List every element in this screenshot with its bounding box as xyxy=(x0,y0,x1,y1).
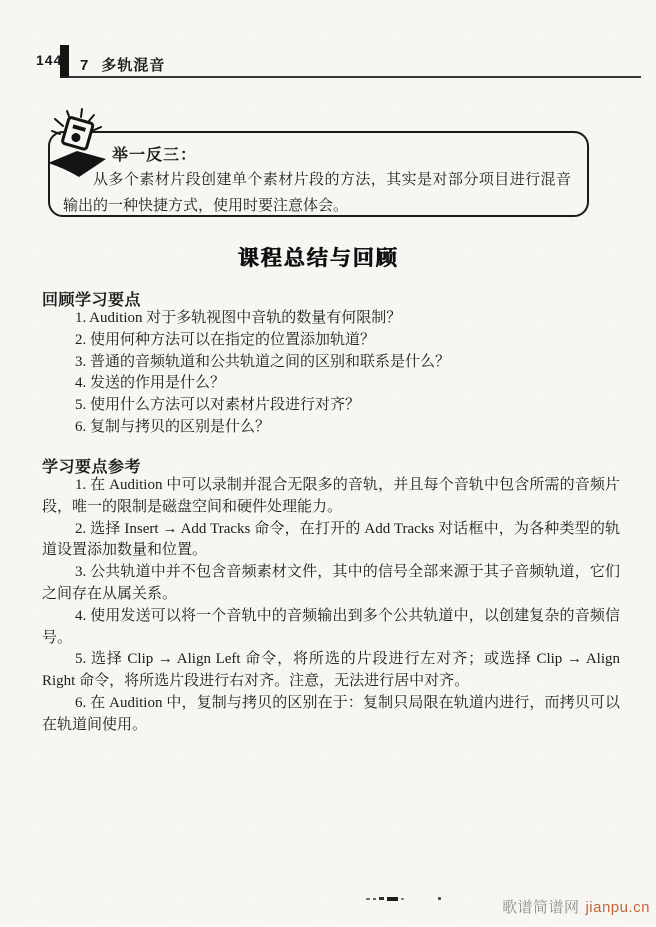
review-question: 2. 使用何种方法可以在指定的位置添加轨道？ xyxy=(75,330,620,352)
review-heading: 回顾学习要点 xyxy=(42,287,141,310)
answer-paragraph: 5. 选择 Clip → Align Left 命令，将所选的片段进行左对齐；或… xyxy=(42,649,620,693)
review-question: 1. Audition 对于多轨视图中音轨的数量有何限制？ xyxy=(75,308,620,330)
watermark-site-name: 歌谱简谱网 xyxy=(502,899,580,916)
review-question: 6. 复制与拷贝的区别是什么？ xyxy=(75,417,620,439)
page-number: 144 xyxy=(36,52,62,68)
answer-paragraph: 3. 公共轨道中并不包含音频素材文件，其中的信号全部来源于其子音频轨道，它们之间… xyxy=(42,562,620,606)
review-question-list: 1. Audition 对于多轨视图中音轨的数量有何限制？2. 使用何种方法可以… xyxy=(75,308,620,439)
watermark-site-url: jianpu.cn xyxy=(585,899,650,916)
chapter-header-bar xyxy=(60,45,69,78)
scan-artifact-dot xyxy=(438,897,441,900)
chapter-header: 7多轨混音 xyxy=(80,54,165,75)
answer-paragraph: 1. 在 Audition 中可以录制并混合无限多的音轨，并且每个音轨中包含所需… xyxy=(42,475,620,519)
chapter-number: 7 xyxy=(80,57,89,74)
answer-paragraph: 6. 在 Audition 中，复制与拷贝的区别在于：复制只局限在轨道内进行，而… xyxy=(42,693,620,737)
answers-list: 1. 在 Audition 中可以录制并混合无限多的音轨，并且每个音轨中包含所需… xyxy=(42,475,620,737)
answers-heading: 学习要点参考 xyxy=(42,454,141,477)
scan-artifact xyxy=(366,896,404,901)
answer-paragraph: 4. 使用发送可以将一个音轨中的音频输出到多个公共轨道中，以创建复杂的音频信号。 xyxy=(42,606,620,650)
tip-box-text: 从多个素材片段创建单个素材片段的方法，其实是对部分项目进行混音输出的一种快捷方式… xyxy=(63,167,571,219)
tip-box-title: 举一反三： xyxy=(112,142,197,165)
section-title: 课程总结与回顾 xyxy=(0,242,636,272)
tip-box: 举一反三： 从多个素材片段创建单个素材片段的方法，其实是对部分项目进行混音输出的… xyxy=(48,131,589,217)
review-question: 3. 普通的音频轨道和公共轨道之间的区别和联系是什么？ xyxy=(75,352,620,374)
watermark: 歌谱简谱网jianpu.cn xyxy=(502,896,650,917)
chapter-title: 多轨混音 xyxy=(101,57,165,74)
review-question: 4. 发送的作用是什么？ xyxy=(75,373,620,395)
header-rule xyxy=(61,76,641,78)
answer-paragraph: 2. 选择 Insert → Add Tracks 命令，在打开的 Add Tr… xyxy=(42,519,620,563)
review-question: 5. 使用什么方法可以对素材片段进行对齐？ xyxy=(75,395,620,417)
